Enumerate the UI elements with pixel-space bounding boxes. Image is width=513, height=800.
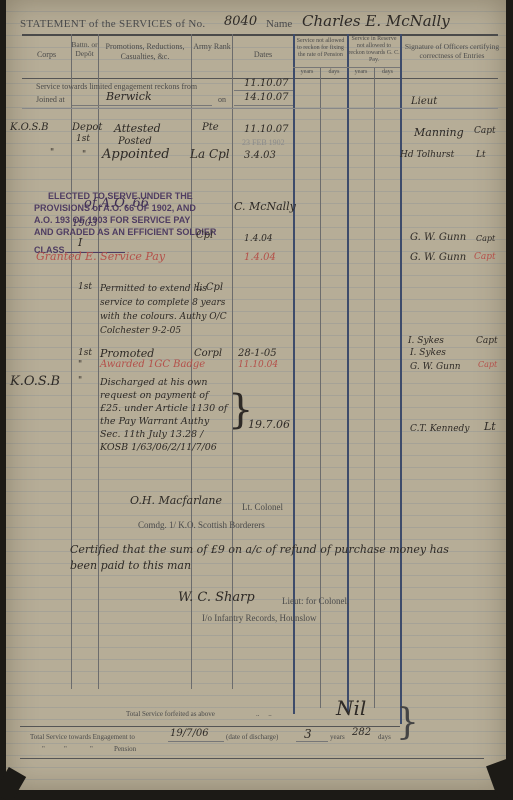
entry-battn: Depot — [72, 122, 102, 133]
co-signature: O.H. Macfarlane — [130, 494, 222, 507]
header-signature: Signature of Officers certifying correct… — [404, 42, 500, 60]
ditto-mark: " — [90, 745, 93, 753]
entry-date-stamp: 23 FEB 1902 — [242, 138, 285, 147]
years-value: 3 — [304, 727, 312, 741]
entry-rank: La Cpl — [190, 147, 230, 161]
joined-date: 14.10.07 — [244, 92, 289, 103]
entry-battn: 1st — [76, 134, 90, 144]
entry-date: 28-1-05 — [238, 348, 277, 359]
entry-officer-rank: Lt — [476, 150, 486, 160]
stamp-hand-ao: of A.O. 66 — [84, 196, 149, 211]
co-rank: Lt. Colonel — [242, 502, 283, 512]
stamp-line: AND GRADED AS AN EFFICIENT SOLDIER — [34, 226, 216, 238]
joined-label: Joined at — [36, 95, 65, 104]
entry-event: Awarded 1GC Badge — [100, 359, 205, 370]
entry-date: 11.10.04 — [238, 360, 278, 370]
entry-officer-rank: Lt — [484, 420, 496, 433]
brace: } — [228, 380, 253, 440]
name-label: Name — [266, 18, 292, 30]
certifying-officer: Lieut — [411, 96, 437, 107]
stamp-class-value: I — [78, 236, 82, 249]
entry-battn: " — [78, 360, 82, 370]
underline — [72, 105, 212, 106]
entry-date: 1.4.04 — [244, 234, 273, 244]
entry-date: 3.4.03 — [244, 150, 276, 161]
underline — [234, 90, 293, 91]
entry-officer-rank: Capt — [478, 360, 497, 369]
leader-dots: .. .. — [256, 710, 272, 718]
header-service-not-allowed: Service not allowed to reckon for fixing… — [294, 38, 347, 59]
underline — [296, 741, 328, 742]
entry-battn: 1st — [78, 282, 92, 292]
forfeited-value: Nil — [336, 696, 366, 720]
certification-office: I/o Infantry Records, Hounslow — [202, 613, 316, 623]
col-divider — [400, 34, 402, 724]
stamp-line: A.O. 193 OF 1903 FOR SERVICE PAY — [34, 214, 216, 226]
pension-label: Pension — [114, 745, 136, 753]
entry-date: 11.10.07 — [244, 124, 289, 135]
service-reckons-date: 11.10.07 — [244, 78, 289, 89]
header-top-rule — [22, 34, 498, 36]
footer-brace: } — [396, 700, 419, 746]
entry-rank: Cpl — [196, 230, 213, 241]
total-label: Total Service towards Engagement to — [30, 733, 135, 741]
torn-corner — [0, 767, 26, 800]
entry-corps: K.O.S.B — [10, 374, 60, 389]
entry-officer: G. W. Gunn — [410, 362, 461, 372]
stamp-signature: C. McNally — [234, 200, 296, 213]
discharge-date: 19/7/06 — [170, 728, 209, 739]
header-battn: Battn. or Depôt — [71, 40, 98, 58]
subheader-rule — [293, 67, 400, 68]
entry-officer-rank: Capt — [476, 234, 495, 243]
header-days-reserve: days — [375, 69, 400, 76]
forfeited-label: Total Service forfeited as above — [126, 710, 215, 718]
days-label: days — [378, 733, 391, 741]
entry-event: Discharged at his own request on payment… — [100, 376, 230, 454]
entry-officer: G. W. Gunn — [410, 232, 466, 243]
col-divider — [293, 34, 295, 714]
entry-battn: " — [78, 376, 82, 386]
header-corps: Corps — [22, 50, 71, 60]
on-label: on — [218, 95, 226, 104]
entry-date: 19.7.06 — [248, 418, 290, 431]
footer-rule — [20, 726, 400, 727]
header-days: days — [321, 69, 347, 76]
certification-text: Certified that the sum of £9 on a/c of r… — [70, 542, 450, 574]
entry-officer-sig: Hd Tolhurst — [400, 150, 454, 160]
entry-event: Attested — [114, 122, 161, 135]
header-dates: Dates — [233, 50, 293, 60]
torn-corner — [486, 756, 513, 800]
entry-officer-rank: Capt — [474, 252, 496, 262]
stamp-hand-year: 1903 — [72, 218, 97, 229]
co-unit: Comdg. 1/ K.O. Scottish Borderers — [138, 520, 265, 530]
entry-officer: Manning — [414, 126, 464, 139]
certification-title: Lieut: for Colonel, — [282, 596, 349, 606]
document-title: STATEMENT of the SERVICES of No. — [20, 18, 205, 30]
entry-officer-rank: Capt — [474, 126, 496, 136]
ditto-mark: " — [64, 745, 67, 753]
entry-event: Granted E. Service Pay — [36, 250, 165, 263]
service-record-sheet: STATEMENT of the SERVICES of No. 8040 Na… — [6, 0, 506, 790]
entry-rank: Pte — [202, 122, 219, 133]
signer-rank: Capt — [476, 336, 498, 346]
entry-officer: G. W. Gunn — [410, 252, 466, 263]
entry-event: Posted — [118, 136, 152, 147]
entry-officer-sig: C.T. Kennedy — [410, 424, 469, 434]
service-number: 8040 — [224, 14, 257, 29]
signer: I. Sykes — [410, 348, 446, 358]
entry-corps: " — [50, 148, 54, 158]
col-divider — [374, 68, 375, 708]
entry-date: 1.4.04 — [244, 252, 276, 263]
entry-battn: " — [82, 150, 86, 160]
header-years-reserve: years — [348, 69, 374, 76]
days-value: 282 — [352, 727, 371, 738]
row-rule — [22, 108, 498, 109]
header-service-reserve: Service in Reserve not allowed to reckon… — [348, 36, 400, 64]
ditto-mark: " — [42, 745, 45, 753]
footer-bottom-rule — [20, 758, 484, 759]
entry-event: Appointed — [102, 147, 170, 162]
header-promotions: Promotions, Reductions, Casualties, &c. — [99, 42, 191, 62]
entry-corps: K.O.S.B — [10, 122, 48, 133]
header-years: years — [294, 69, 320, 76]
entry-battn: 1st — [78, 348, 92, 358]
underline — [168, 741, 224, 742]
date-of-discharge-label: (date of discharge) — [226, 733, 278, 741]
joined-place: Berwick — [106, 90, 152, 103]
years-label: years — [330, 733, 345, 741]
certification-signature: W. C. Sharp — [178, 590, 255, 605]
soldier-name: Charles E. McNally — [302, 12, 450, 30]
header-army-rank: Army Rank — [192, 40, 232, 54]
underline — [234, 105, 293, 106]
signer: I. Sykes — [408, 336, 444, 346]
col-divider — [347, 34, 349, 714]
entry-rank: Corpl — [194, 348, 222, 359]
entry-rank: L Cpl — [196, 282, 223, 293]
col-divider — [320, 68, 321, 708]
